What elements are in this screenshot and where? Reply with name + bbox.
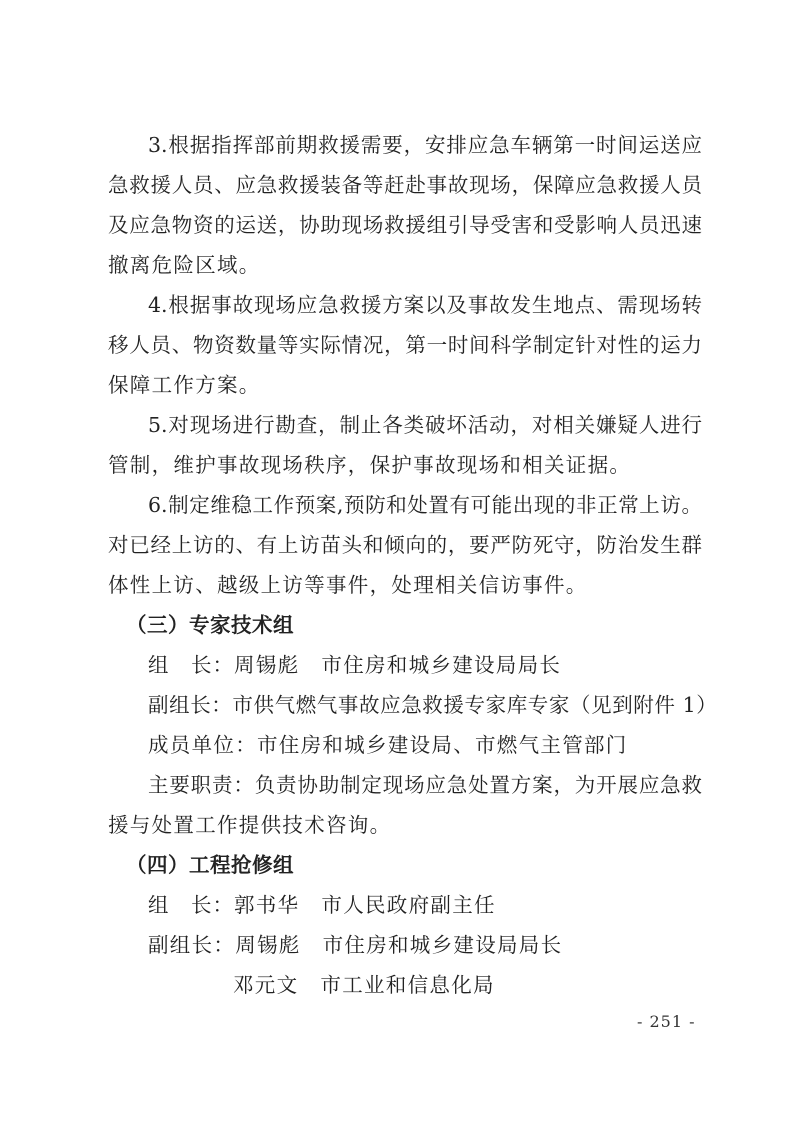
section-4-deputy-row-1: 副组长：周锡彪市住房和城乡建设局局长 bbox=[148, 931, 702, 959]
members-label: 成员单位： bbox=[148, 731, 257, 759]
section-3-leader-row: 组 长：周锡彪市住房和城乡建设局局长 bbox=[148, 651, 702, 679]
section-3-deputy-row: 副组长：市供气燃气事故应急救援专家库专家（见到附件 1） bbox=[148, 691, 702, 719]
deputy-text: 市供气燃气事故应急救援专家库专家（见到附件 1） bbox=[232, 691, 717, 719]
deputy-name: 周锡彪 bbox=[235, 931, 300, 959]
paragraph-3-line-1: 3.根据指挥部前期救援需要，安排应急车辆第一时间运送应 bbox=[148, 131, 702, 159]
paragraph-3-line-4: 撤离危险区域。 bbox=[108, 251, 702, 279]
paragraph-5-line-1: 5.对现场进行勘查，制止各类破坏活动，对相关嫌疑人进行 bbox=[148, 411, 702, 439]
deputy-title: 市住房和城乡建设局局长 bbox=[323, 931, 563, 959]
paragraph-5-line-2: 管制，维护事故现场秩序，保护事故现场和相关证据。 bbox=[108, 451, 702, 479]
section-3-duty-line-1: 主要职责：负责协助制定现场应急处置方案，为开展应急救 bbox=[148, 771, 702, 799]
paragraph-4-line-3: 保障工作方案。 bbox=[108, 371, 702, 399]
paragraph-4-line-1: 4.根据事故现场应急救援方案以及事故发生地点、需现场转 bbox=[148, 291, 702, 319]
section-3-heading: （三）专家技术组 bbox=[126, 611, 720, 639]
leader-label: 组 长： bbox=[148, 891, 234, 919]
section-3-members-row: 成员单位：市住房和城乡建设局、市燃气主管部门 bbox=[148, 731, 702, 759]
page-number: - 251 - bbox=[637, 1012, 696, 1031]
paragraph-6-line-3: 体性上访、越级上访等事件，处理相关信访事件。 bbox=[108, 571, 702, 599]
leader-name: 郭书华 bbox=[234, 891, 299, 919]
deputy-label: 副组长： bbox=[148, 691, 232, 719]
section-4-leader-row: 组 长：郭书华市人民政府副主任 bbox=[148, 891, 702, 919]
paragraph-3-line-3: 及应急物资的运送，协助现场救援组引导受害和受影响人员迅速 bbox=[108, 211, 702, 239]
leader-title: 市人民政府副主任 bbox=[321, 891, 495, 919]
paragraph-6-line-2: 对已经上访的、有上访苗头和倾向的，要严防死守，防治发生群 bbox=[108, 531, 702, 559]
deputy-label: 副组长： bbox=[148, 931, 235, 959]
leader-label: 组 长： bbox=[148, 651, 234, 679]
leader-name: 周锡彪 bbox=[234, 651, 299, 679]
leader-title: 市住房和城乡建设局局长 bbox=[321, 651, 561, 679]
document-page: 3.根据指挥部前期救援需要，安排应急车辆第一时间运送应 急救援人员、应急救援装备… bbox=[0, 0, 793, 1122]
deputy-title: 市工业和信息化局 bbox=[320, 971, 494, 999]
section-4-heading: （四）工程抢修组 bbox=[126, 851, 720, 879]
paragraph-4-line-2: 移人员、物资数量等实际情况，第一时间科学制定针对性的运力 bbox=[108, 331, 702, 359]
section-4-deputy-row-2: 邓元文市工业和信息化局 bbox=[233, 971, 703, 999]
paragraph-3-line-2: 急救援人员、应急救援装备等赶赴事故现场，保障应急救援人员 bbox=[108, 171, 702, 199]
members-text: 市住房和城乡建设局、市燃气主管部门 bbox=[257, 731, 628, 759]
paragraph-6-line-1: 6.制定维稳工作预案,预防和处置有可能出现的非正常上访。 bbox=[148, 491, 702, 519]
section-3-duty-line-2: 援与处置工作提供技术咨询。 bbox=[108, 811, 702, 839]
deputy-name: 邓元文 bbox=[233, 971, 298, 999]
